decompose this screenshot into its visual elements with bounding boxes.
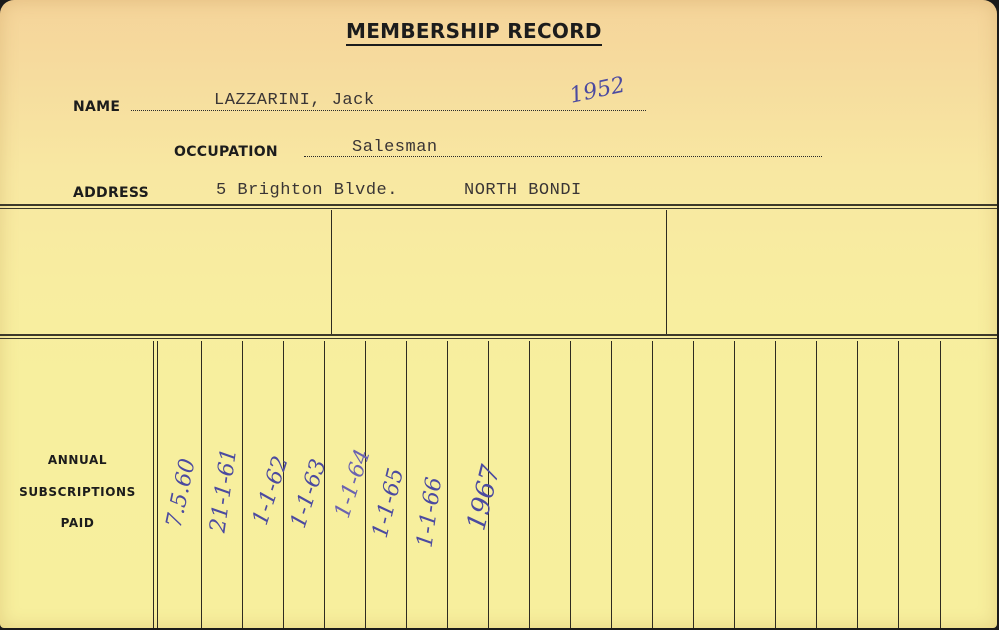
name-dotted-line	[131, 110, 646, 111]
rule-top-b	[0, 208, 997, 209]
mid-divider-2	[666, 210, 667, 334]
address-suburb: NORTH BONDI	[464, 181, 582, 200]
subscription-entry: 1-1-66	[413, 476, 448, 550]
rule-mid-b	[0, 338, 997, 339]
name-value: LAZZARINI, Jack	[214, 91, 375, 110]
grid-line	[153, 341, 154, 628]
name-label: NAME	[73, 99, 120, 115]
membership-record-card: MEMBERSHIP RECORD NAME LAZZARINI, Jack 1…	[0, 0, 997, 628]
card-title: MEMBERSHIP RECORD	[346, 18, 602, 46]
grid-line	[775, 341, 776, 628]
grid-line	[898, 341, 899, 628]
rule-top-a	[0, 204, 997, 206]
grid-line	[242, 341, 243, 628]
grid-line	[734, 341, 735, 628]
rule-mid-a	[0, 334, 997, 336]
subscription-entry: 1-1-65	[368, 466, 409, 541]
grid-line	[940, 341, 941, 628]
grid-line	[157, 341, 158, 628]
grid-line	[201, 341, 202, 628]
grid-line	[693, 341, 694, 628]
mid-divider-1	[331, 210, 332, 334]
subscription-entry: 1967	[461, 462, 506, 533]
subscription-entry: 7.5.60	[162, 456, 201, 530]
occupation-value: Salesman	[352, 138, 438, 157]
grid-line	[652, 341, 653, 628]
grid-line	[570, 341, 571, 628]
occupation-label: OCCUPATION	[174, 144, 278, 160]
subs-label-paid: PAID	[0, 516, 155, 530]
subscription-entry: 1-1-64	[330, 446, 376, 521]
address-label: ADDRESS	[73, 185, 149, 201]
grid-line	[529, 341, 530, 628]
grid-line	[816, 341, 817, 628]
grid-line	[447, 341, 448, 628]
subs-label-subscriptions: SUBSCRIPTIONS	[0, 485, 155, 499]
address-street: 5 Brighton Blvde.	[216, 181, 398, 200]
handwritten-year: 1952	[567, 73, 627, 109]
subs-label-annual: ANNUAL	[0, 453, 155, 467]
grid-line	[406, 341, 407, 628]
subscription-entry: 21-1-61	[206, 447, 243, 535]
grid-line	[611, 341, 612, 628]
grid-line	[857, 341, 858, 628]
